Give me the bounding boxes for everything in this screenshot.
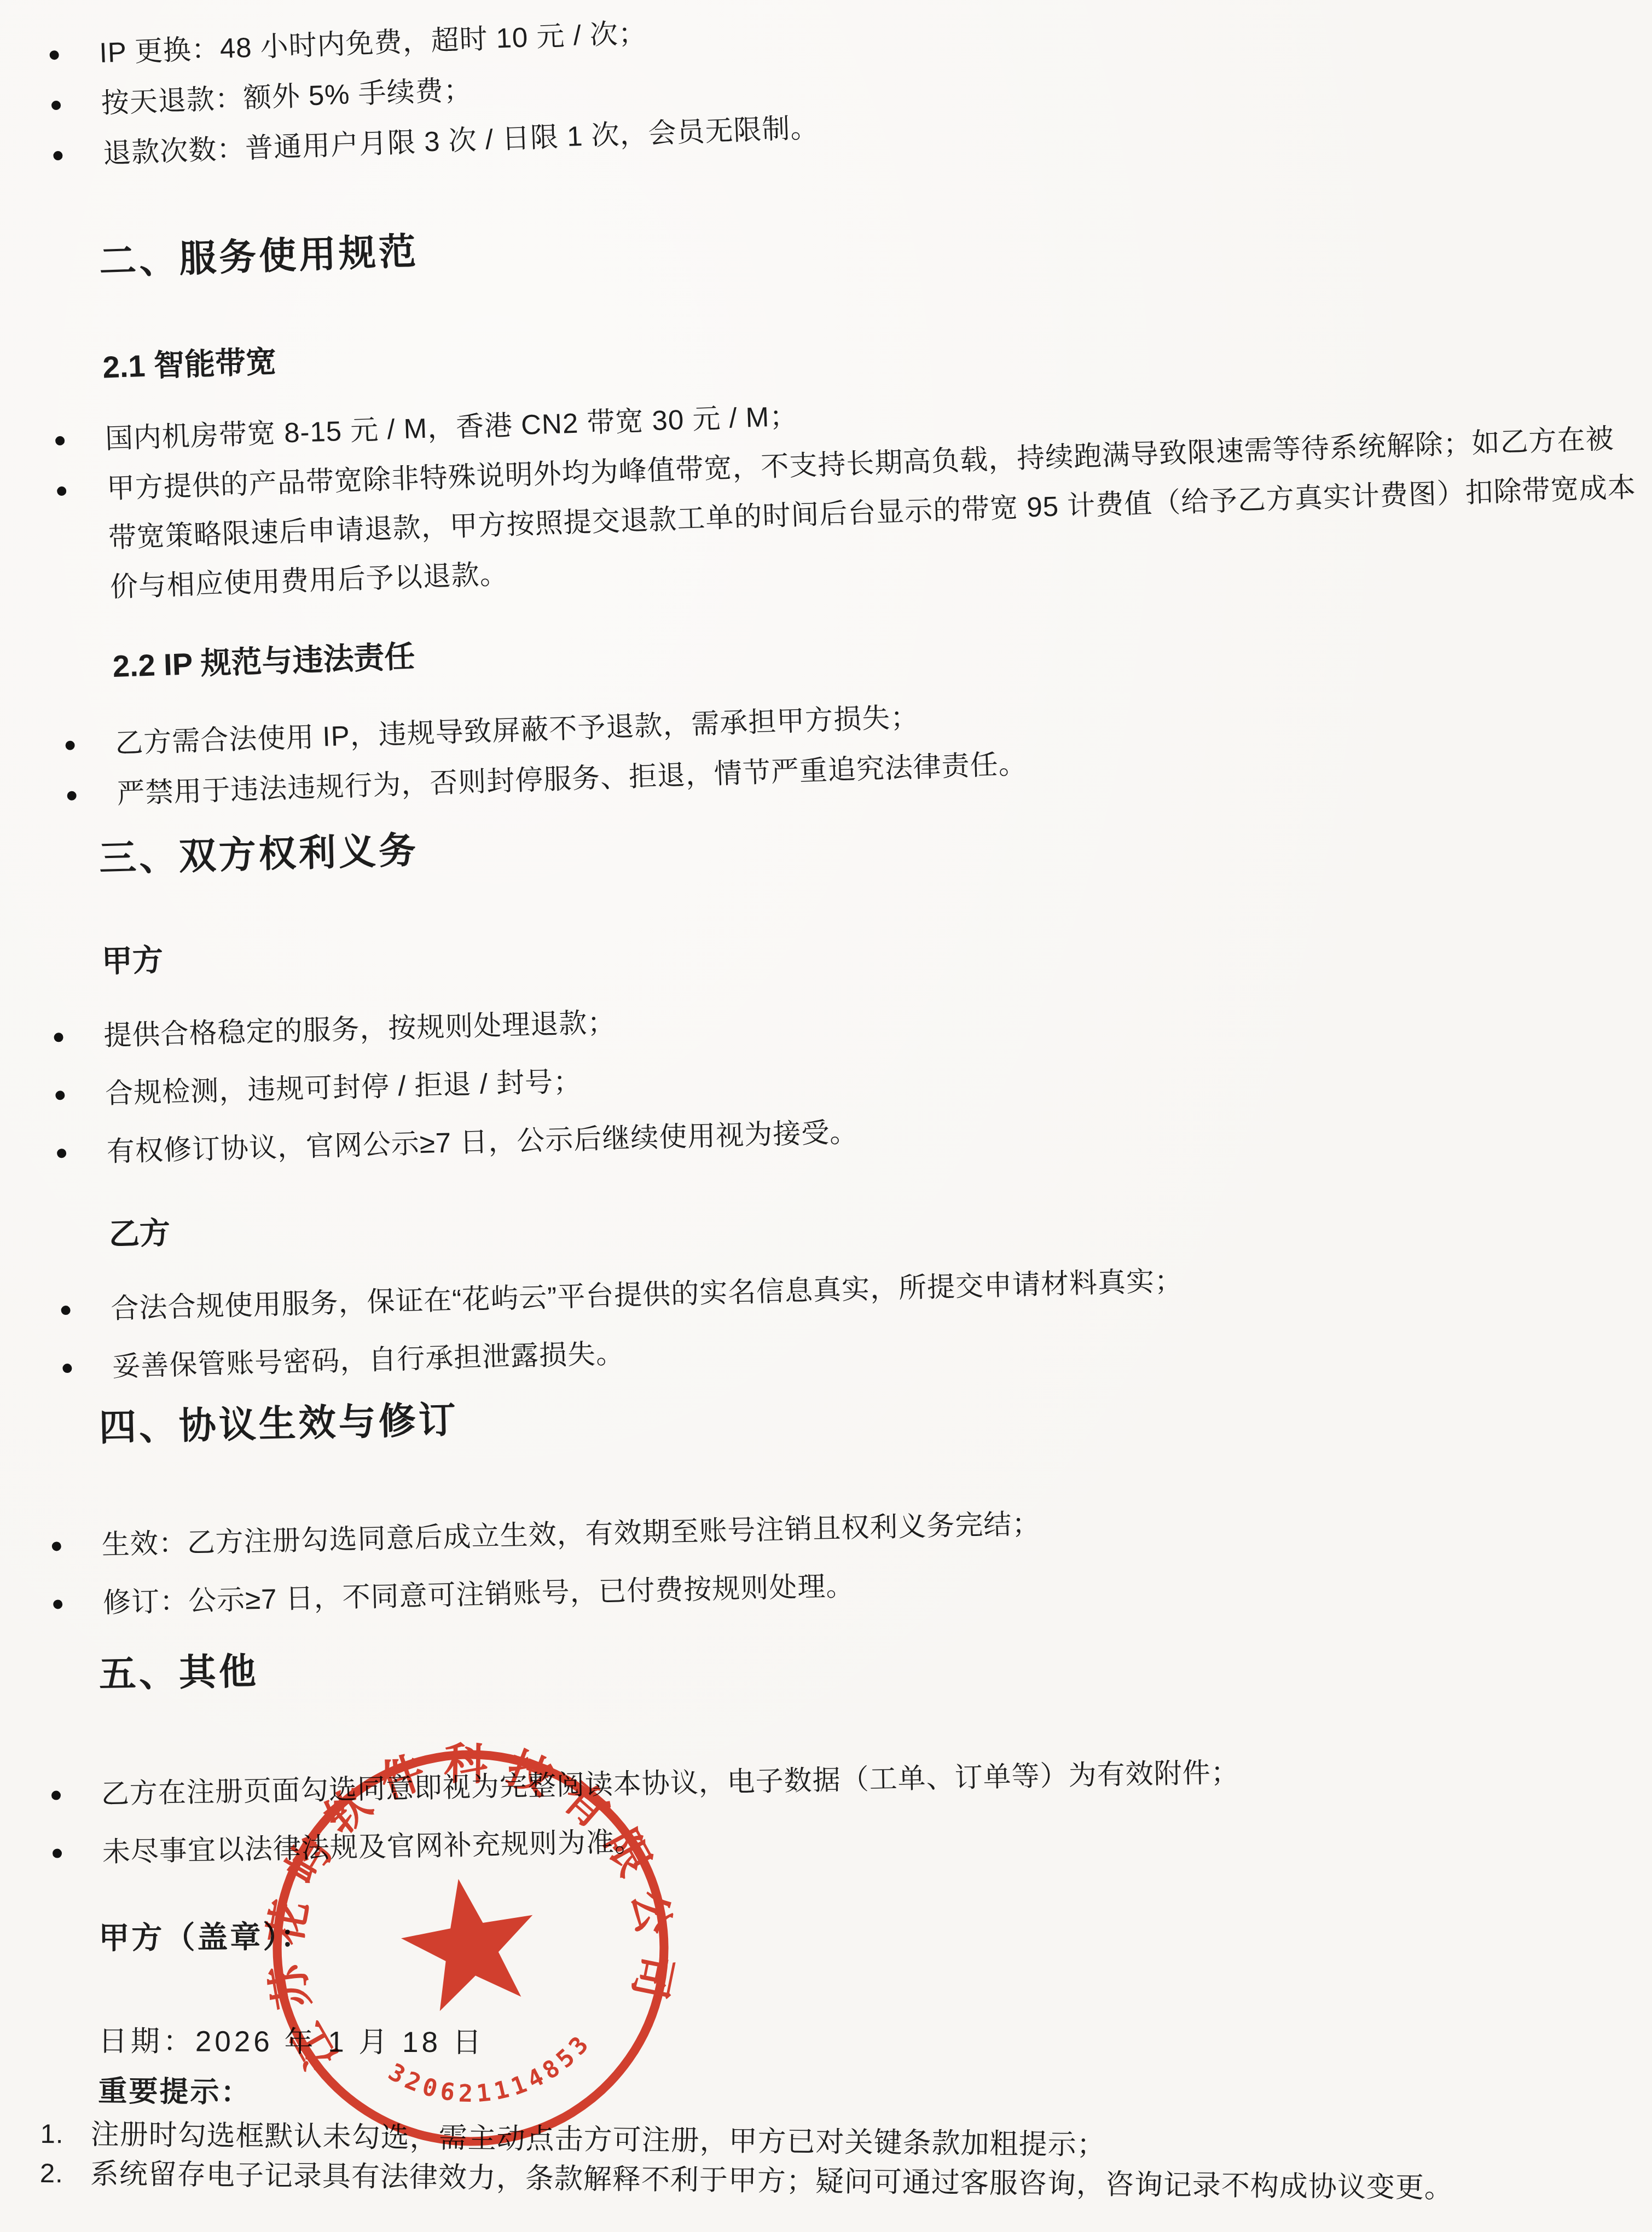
section-misc: 五、其他 乙方在注册页面勾选同意即视为完整阅读本协议，电子数据（工单、订单等）为… [41,1622,1621,1886]
section-title: 五、其他 [98,1622,1618,1698]
date-label: 日期：2026 年 1 月 18 日 [98,2018,1652,2065]
signature-section: 甲方（盖章）： [98,1903,1652,1958]
section-service-usage: 二、服务使用规范 2.1 智能带宽 国内机房带宽 8-15 元 / M，香港 C… [41,189,1636,821]
party-a-title: 甲方 [101,903,1620,981]
ip-rules-list: 乙方需合法使用 IP，违规导致屏蔽不予退款，需承担甲方损失； 严禁用于违法违规行… [57,668,1636,821]
subsection-title-ip-rules: 2.2 IP 规范与违法责任 [112,597,1631,686]
effectiveness-list: 生效：乙方注册勾选同意后成立生效，有效期至账号注销且权利义务完结； 修订：公示≥… [44,1486,1622,1630]
section-rights-obligations: 三、双方权利义务 甲方 提供合格稳定的服务，按规则处理退款； 合规检测，违规可封… [41,796,1631,1401]
refund-rules-section: IP 更换：48 小时内免费，超时 10 元 / 次； 按天退款：额外 5% 手… [41,0,1621,181]
important-notice-section: 重要提示： 注册时勾选框默认未勾选，需主动点击方可注册，甲方已对关键条款加粗提示… [40,2067,1617,2210]
party-a-list: 提供合格稳定的服务，按规则处理退款； 合规检测，违规可封停 / 拒退 / 封号；… [45,971,1625,1179]
notice-list: 注册时勾选框默认未勾选，需主动点击方可注册，甲方已对关键条款加粗提示； 系统留存… [40,2114,1616,2210]
party-b-title: 乙方 [108,1175,1627,1254]
party-seal-label: 甲方（盖章）： [98,1903,1652,1958]
misc-list: 乙方在注册页面勾选同意即视为完整阅读本协议，电子数据（工单、订单等）为有效附件；… [43,1740,1621,1879]
notice-title: 重要提示： [98,2068,1617,2125]
bandwidth-list: 国内机房带宽 8-15 元 / M，香港 CN2 带宽 30 元 / M； 甲方… [47,363,1628,613]
section-effectiveness: 四、协议生效与修订 生效：乙方注册勾选同意后成立生效，有效期至账号注销且权利义务… [41,1371,1622,1637]
party-b-list: 合法合规使用服务，保证在“花屿云”平台提供的实名信息真实，所提交申请材料真实； … [53,1244,1631,1393]
document-page: IP 更换：48 小时内免费，超时 10 元 / 次； 按天退款：额外 5% 手… [0,0,1652,2232]
date-section: 日期：2026 年 1 月 18 日 [98,2018,1652,2065]
refund-rules-list: IP 更换：48 小时内免费，超时 10 元 / 次； 按天退款：额外 5% 手… [41,0,1621,181]
section-title: 二、服务使用规范 [98,189,1618,286]
